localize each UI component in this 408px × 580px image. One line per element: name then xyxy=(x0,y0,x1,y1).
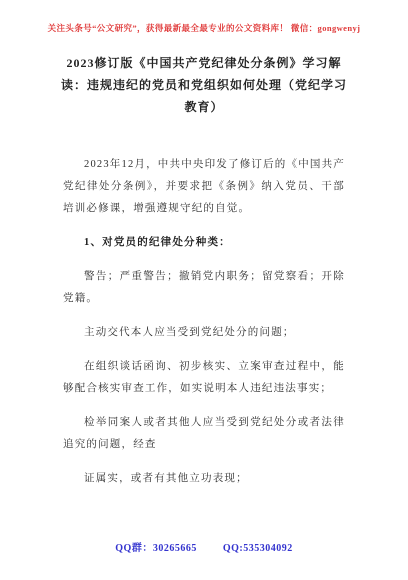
paragraph-confession: 主动交代本人应当受到党纪处分的问题； xyxy=(63,322,345,344)
qq-number-text: QQ:535304092 xyxy=(223,543,293,554)
qq-group-text: QQ群：30265665 xyxy=(115,543,197,554)
paragraph-reporting: 检举同案人或者其他人应当受到党纪处分或者法律追究的问题，经查 xyxy=(63,412,345,456)
document-page: 关注头条号“公文研究”，获得最新最全最专业的公文资料库！ 微信：gongweny… xyxy=(0,0,408,580)
promo-banner-text: 关注头条号“公文研究”，获得最新最全最专业的公文资料库！ 微信：gongweny… xyxy=(48,23,361,33)
section-heading-penalty-types: 1、对党员的纪律处分种类： xyxy=(63,232,345,254)
paragraph-intro: 2023年12月，中共中央印发了修订后的《中国共产党纪律处分条例》，并要求把《条… xyxy=(63,154,345,220)
promo-banner: 关注头条号“公文研究”，获得最新最全最专业的公文资料库！ 微信：gongweny… xyxy=(0,0,408,34)
document-title: 2023修订版《中国共产党纪律处分条例》学习解读：违规违纪的党员和党组织如何处理… xyxy=(58,52,350,118)
contact-footer: QQ群：30265665QQ:535304092 xyxy=(0,539,408,554)
paragraph-merit: 证属实，或者有其他立功表现； xyxy=(63,468,345,490)
paragraph-cooperation: 在组织谈话函询、初步核实、立案审查过程中，能够配合核实审查工作，如实说明本人违纪… xyxy=(63,356,345,400)
paragraph-penalty-list: 警告；严重警告；撤销党内职务；留党察看；开除党籍。 xyxy=(63,266,345,310)
document-body: 2023年12月，中共中央印发了修订后的《中国共产党纪律处分条例》，并要求把《条… xyxy=(63,154,345,490)
